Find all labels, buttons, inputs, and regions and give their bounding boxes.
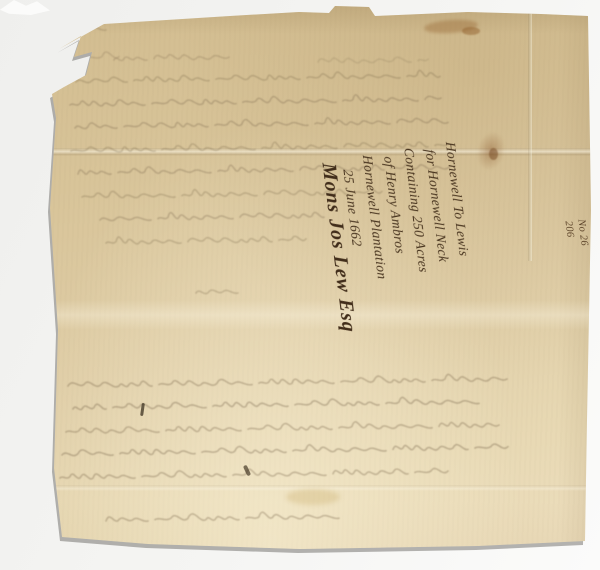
bleedthrough-line <box>106 512 346 521</box>
bleedthrough-line <box>68 374 507 386</box>
docket-annotation: Hornewell To Lewis for Hornewell Neck Co… <box>312 141 484 350</box>
ink-smudge <box>473 128 510 174</box>
torn-edge-flap <box>0 0 50 15</box>
docket-number-block: No 26 206 <box>544 219 595 282</box>
fold-crease-vertical-right <box>528 13 532 261</box>
fold-crease-horizontal-middle <box>0 300 600 330</box>
bleedthrough-line <box>76 70 440 82</box>
manuscript-paper: Hornewell To Lewis for Hornewell Neck Co… <box>0 0 600 570</box>
bleedthrough-line <box>100 212 331 220</box>
ink-smudge-core <box>489 148 498 160</box>
ink-stain-top <box>424 18 479 35</box>
ink-speck <box>243 465 251 477</box>
bleedthrough-line <box>64 27 113 31</box>
bleedthrough-line <box>106 236 306 244</box>
manuscript-photo: Hornewell To Lewis for Hornewell Neck Co… <box>0 0 600 570</box>
bleedthrough-line <box>114 55 229 61</box>
ink-speck <box>140 403 145 416</box>
stain-bottom <box>286 489 340 505</box>
bleedthrough-line <box>73 397 486 409</box>
bleedthrough-line <box>196 290 245 294</box>
bleedthrough-line <box>70 95 441 106</box>
bleedthrough-line <box>66 422 499 433</box>
bleedthrough-ink <box>0 0 600 570</box>
ink-stain-top-small <box>462 27 480 35</box>
bleedthrough-line <box>62 444 508 455</box>
fold-crease-horizontal-bottom <box>0 485 600 491</box>
bleedthrough-line <box>75 118 448 129</box>
fold-crease-horizontal-top <box>0 148 600 156</box>
bleedthrough-line <box>318 57 428 63</box>
bleedthrough-line <box>60 469 448 479</box>
